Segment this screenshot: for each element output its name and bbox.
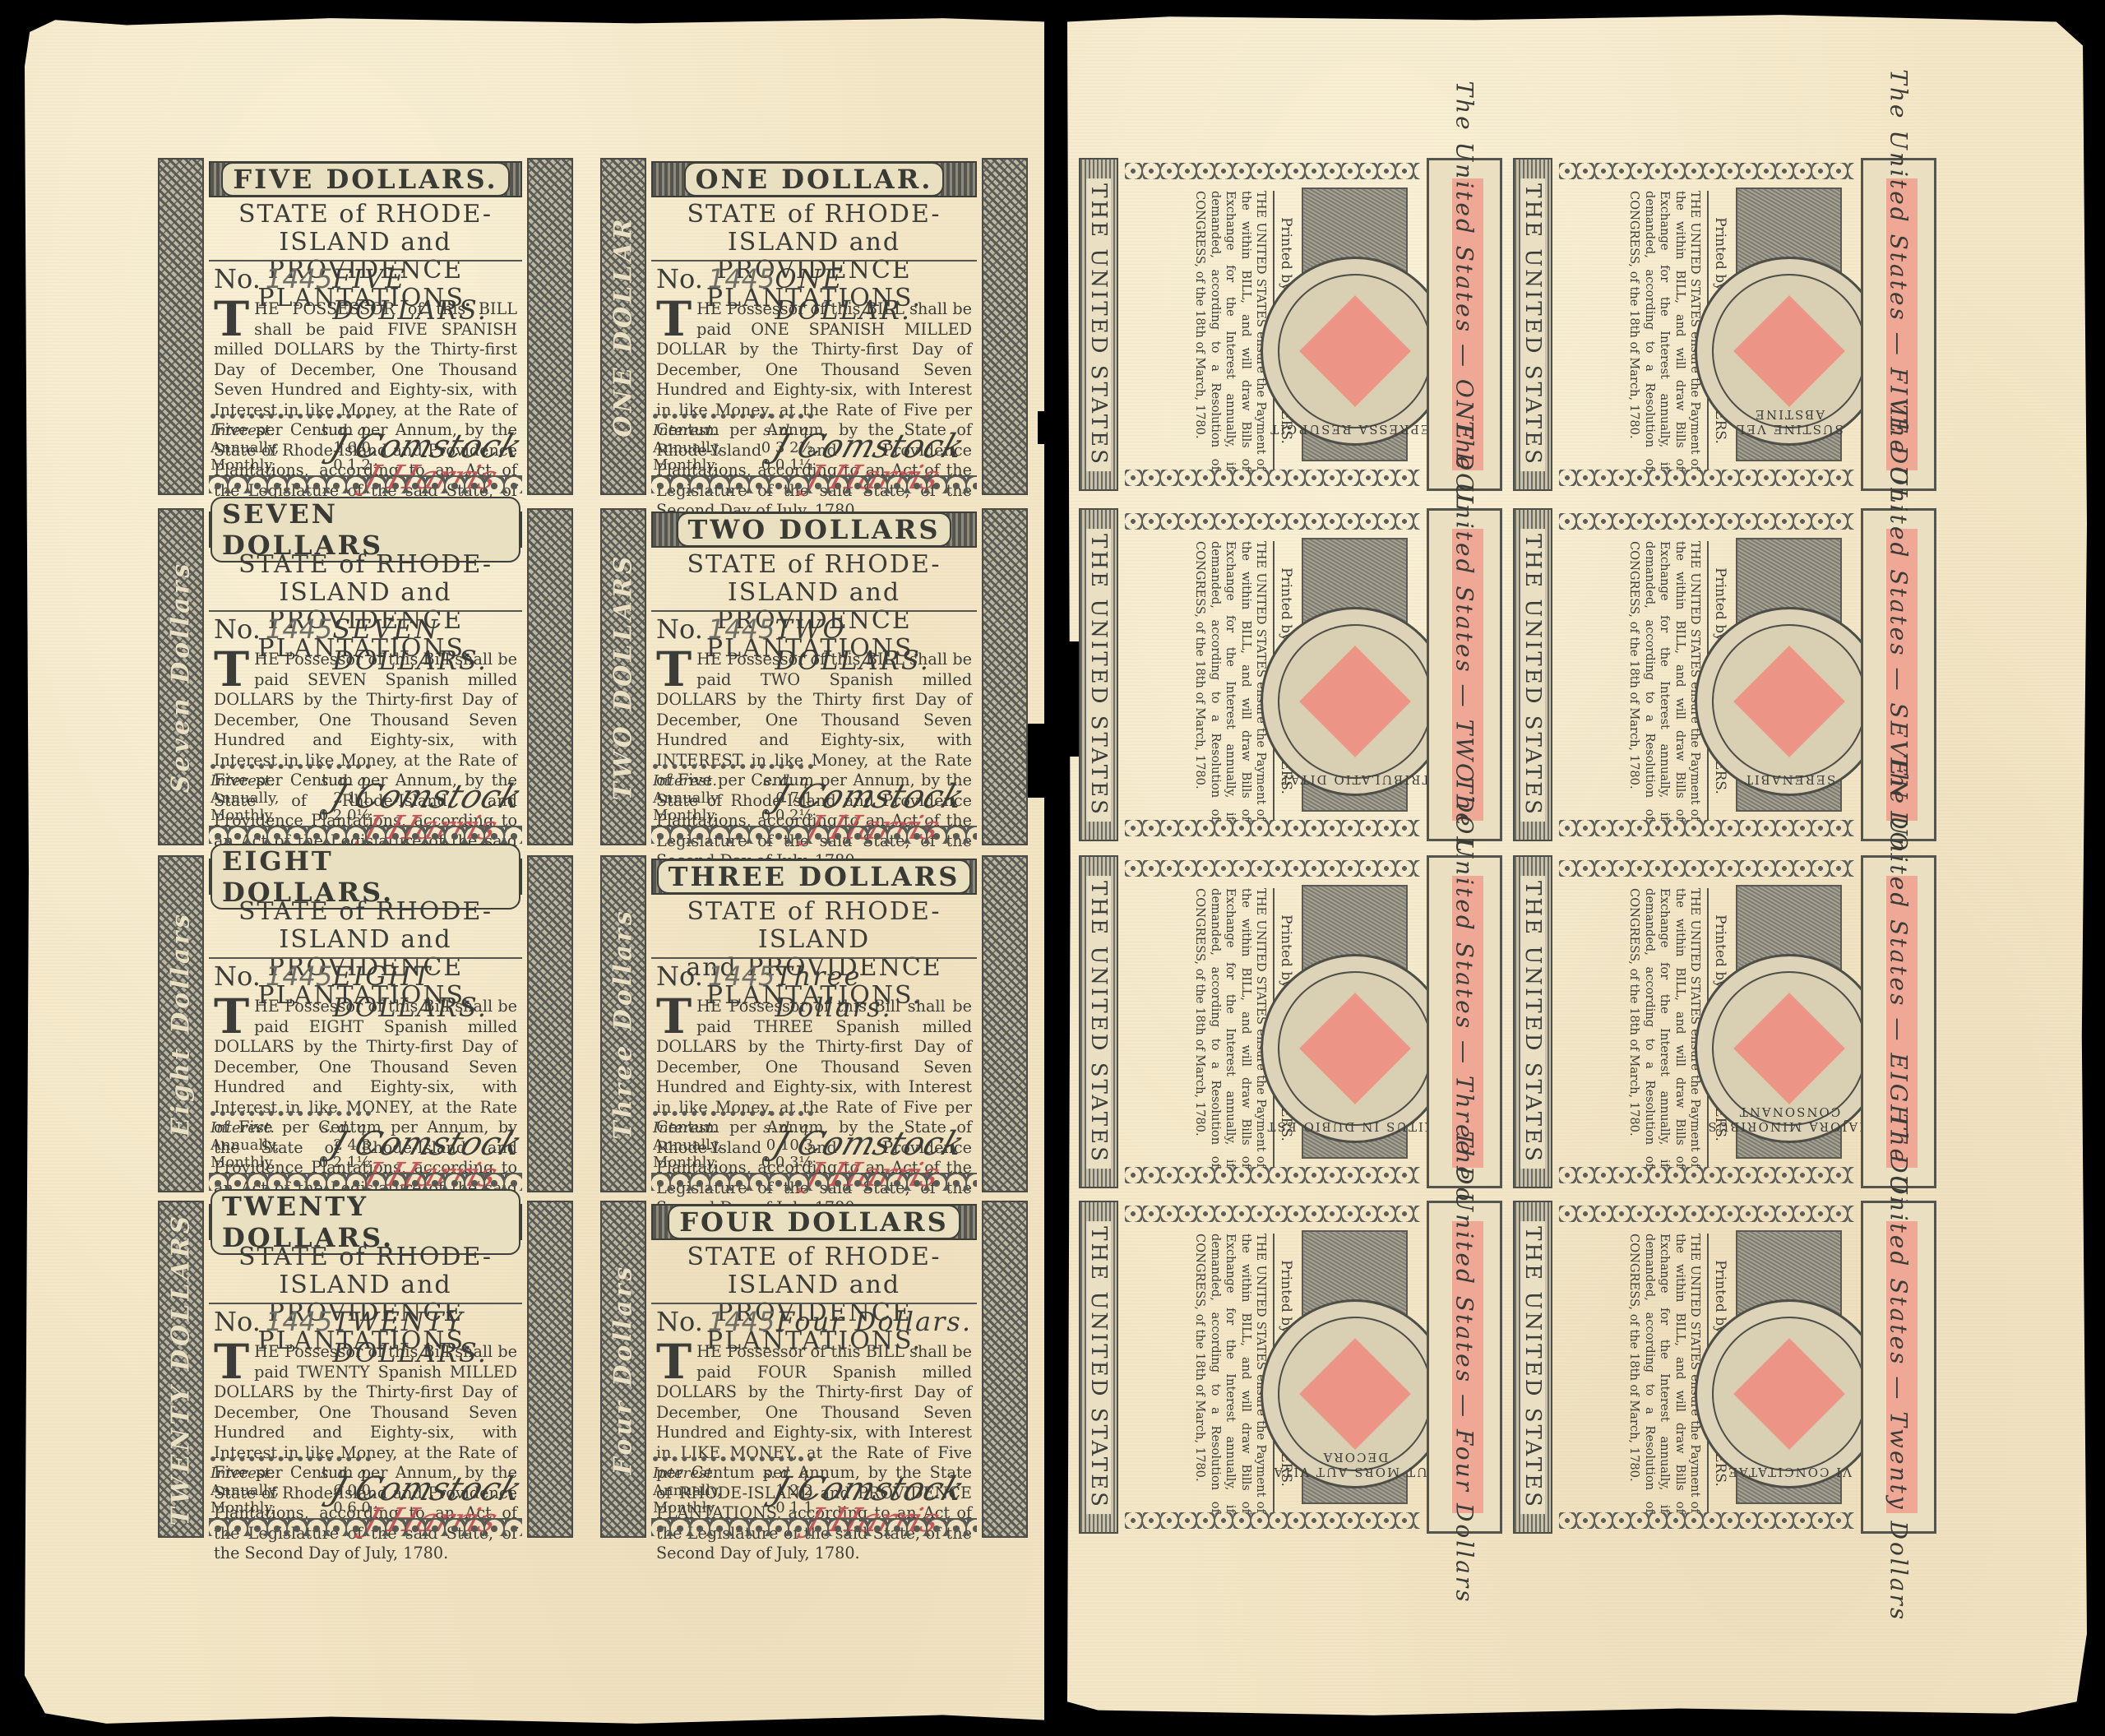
interest-table: Interest.s. d. q. Annually,6 0 0 Monthly… [210,1456,371,1516]
ornamental-border-bottom [1559,1512,1854,1529]
nature-print-engraving: DEPRESSA RESURGIT [1302,187,1408,461]
ornamental-side-border [982,508,1028,845]
ornamental-bottom-border [651,1173,977,1191]
interest-table: Interest.s. d. q. Annually,1 2 2 Monthly… [653,1456,813,1516]
strip-text: The United States — Four Dollars [1451,1131,1478,1604]
emblem-seal: MAJORA MINORIBUS CONSONANT [1695,954,1884,1143]
interest-header-units: s. d. q. [763,1465,813,1482]
nature-print-engraving: SERENABIT [1736,538,1842,812]
interest-header-row: Interest.s. d. q. [653,1119,813,1137]
currency-note-face: TWENTY DOLLARS TWENTY DOLLARS. STATE of … [158,1201,573,1538]
side-denomination-text: TWO DOLLARS [609,553,638,801]
guarantee-text: THE UNITED STATES ensure the Payment of … [1626,191,1703,470]
annual-label: Annually, [210,1137,280,1154]
divider [209,610,522,612]
seal-motto: AUT MORS AUT VITA DECORA [1263,1450,1447,1479]
interest-annual-row: Annually,2 4 3 [210,1137,371,1154]
interest-header-units: s. d. q. [763,1119,813,1137]
ornamental-bottom-border [209,826,522,844]
denomination-label: Four Dollars. [776,1306,972,1337]
red-seal-icon [1299,296,1411,408]
annual-label: Annually, [653,439,722,456]
interest-table: Interest.s. d. q. Annually,1 6 0 Monthly… [210,414,371,474]
interest-header-row: Interest.s. d. q. [210,422,371,439]
ornamental-side-border: TWO DOLLARS [600,508,646,845]
red-seal-icon [1299,993,1411,1105]
ornamental-border-bottom [1125,820,1420,836]
serial-label: No. [656,613,703,645]
currency-note-face: Four Dollars FOUR DOLLARS STATE of RHODE… [600,1201,1028,1538]
interest-header-units: s. d. q. [321,1465,371,1482]
annual-value: 2 4 3 [333,1137,371,1154]
interest-annual-row: Annually,0 3 2½ [653,439,813,456]
divider [209,957,522,959]
interest-header-label: Interest. [210,1465,275,1482]
monthly-label: Monthly, [210,1499,275,1516]
ornamental-side-border [158,158,204,495]
red-seal-icon [1733,296,1845,408]
currency-note-face: Three Dollars THREE DOLLARS STATE of RHO… [600,855,1028,1192]
side-strip-text: THE UNITED STATES [1086,1221,1111,1514]
monthly-value: 0 2 1½ [319,1154,371,1171]
serial-number: 1445 [708,961,775,992]
back-panel: Printed by HALL and SELLERS. THE UNITED … [1125,508,1420,841]
side-denomination-text: TWENTY DOLLARS [167,1213,196,1526]
ornamental-border-top [1125,1206,1420,1222]
issuer-line-1: STATE of RHODE-ISLAND [651,898,977,954]
interest-header-row: Interest.s. d. q. [653,422,813,439]
ornamental-border-bottom [1559,820,1854,836]
ornamental-side-border [982,855,1028,1192]
interest-header-label: Interest. [210,422,275,439]
interest-header-row: Interest.s. d. q. [210,772,371,789]
monthly-label: Monthly, [210,456,275,474]
seal-motto: DEPRESSA RESURGIT [1263,422,1447,437]
issuer-line-1: STATE of RHODE-ISLAND and [209,201,522,257]
guarantee-text: THE UNITED STATES ensure the Payment of … [1626,541,1703,821]
ornamental-side-border [527,158,573,495]
emblem-seal: DEPRESSA RESURGIT [1261,257,1450,446]
serial-label: No. [656,1306,703,1337]
currency-note-face: Eight Dollars EIGHT DOLLARS. STATE of RH… [158,855,573,1192]
denomination-title-band: FIVE DOLLARS. [209,161,522,197]
back-panel: Printed by HALL and SELLERS. THE UNITED … [1559,1201,1854,1534]
ornamental-side-border [527,508,573,845]
side-strip-text: THE UNITED STATES [1086,178,1111,471]
divider [651,1303,977,1304]
ornamental-side-border: Four Dollars [600,1201,646,1538]
ornamental-side-border: TWENTY DOLLARS [158,1201,204,1538]
interest-header-label: Interest. [653,772,717,789]
serial-row: No.1445 TWO DOLLARS. [656,613,972,646]
ornamental-bottom-border [651,1518,977,1536]
interest-header-units: s. d. q. [321,422,371,439]
interest-table: Interest.s. d. q. Annually,2 4 3 Monthly… [210,1111,371,1171]
issuer-line-1: STATE of RHODE-ISLAND and [651,1243,977,1299]
issuer-line-1: STATE of RHODE-ISLAND and [209,898,522,954]
serial-number: 1445 [708,1306,775,1337]
currency-note-face: TWO DOLLARS TWO DOLLARS STATE of RHODE-I… [600,508,1028,845]
currency-note-back: THE UNITED STATES Printed by HALL and SE… [1079,1201,1502,1534]
currency-note-face: Seven Dollars SEVEN DOLLARS STATE of RHO… [158,508,573,845]
annual-label: Annually, [210,1482,280,1499]
monthly-label: Monthly, [653,1154,718,1171]
nature-print-engraving: AUT MORS AUT VITA DECORA [1302,1230,1408,1504]
interest-annual-row: Annually,1 2 2 [653,1482,813,1499]
serial-label: No. [214,263,261,294]
ornamental-border-top [1559,1206,1854,1222]
denomination-title-band: ONE DOLLAR. [651,161,977,197]
interest-table: Interest.s. d. q. Annually,2 1 1 Monthly… [210,764,371,824]
ornamental-border-bottom [1125,1512,1420,1529]
annual-value: 0 3 2½ [761,439,813,456]
nature-print-engraving: TRIBULATIO DITAT [1302,538,1408,812]
red-seal-icon [1733,1339,1845,1451]
guarantee-text: THE UNITED STATES ensure the Payment of … [1192,191,1269,470]
currency-note-back: THE UNITED STATES Printed by HALL and SE… [1079,158,1502,491]
currency-note-back: THE UNITED STATES Printed by HALL and SE… [1513,158,1936,491]
serial-block: No.1445 [656,613,775,645]
ornamental-border-top [1559,860,1854,877]
back-panel: Printed by HALL and SELLERS. THE UNITED … [1125,855,1420,1188]
ornamental-bottom-border [651,475,977,493]
interest-annual-row: Annually,6 0 0 [210,1482,371,1499]
monthly-value: 0 1 2 [333,456,371,474]
issuer-line-1: STATE of RHODE-ISLAND and [209,551,522,607]
red-seal-icon [1733,993,1845,1105]
emblem-seal: TRIBULATIO DITAT [1261,607,1450,796]
currency-note-back: THE UNITED STATES Printed by HALL and SE… [1513,1201,1936,1534]
side-denomination-text: Four Dollars [609,1264,638,1475]
monthly-value: 0 0 3½ [761,1154,813,1171]
serial-block: No.1445 [656,1306,775,1337]
emblem-seal: EXITUS IN DUBIO EST [1261,954,1450,1143]
ornamental-border-bottom [1125,1167,1420,1183]
side-denomination-text: Three Dollars [609,908,638,1140]
annual-label: Annually, [210,789,280,807]
nature-print-engraving: EXITUS IN DUBIO EST [1302,885,1408,1159]
serial-number: 1445 [266,961,332,992]
red-seal-icon [1733,646,1845,758]
annual-label: Annually, [210,439,280,456]
denomination-title-band: EIGHT DOLLARS. [209,859,522,895]
red-denomination-strip: The United States — Twenty Dollars [1861,1201,1936,1534]
denomination-title-band: THREE DOLLARS [651,859,977,895]
denomination-title-band: TWO DOLLARS [651,512,977,548]
currency-note-face: FIVE DOLLARS. STATE of RHODE-ISLAND and … [158,158,573,495]
serial-label: No. [656,961,703,992]
ornamental-side-border [527,1201,573,1538]
serial-block: No.1445 [214,263,332,294]
interest-header-row: Interest.s. d. q. [210,1465,371,1482]
interest-annual-row: Annually,0 7 1 [653,789,813,807]
ornamental-border-top [1125,163,1420,179]
ornamental-border-bottom [1125,470,1420,486]
ornamental-border-bottom [1559,470,1854,486]
serial-label: No. [656,263,703,294]
interest-annual-row: Annually,0 10 3 [653,1137,813,1154]
seal-motto: SUSTINE VEL ABSTINE [1697,407,1881,437]
united-states-side-strip: THE UNITED STATES [1513,508,1552,841]
annual-value: 6 0 0 [333,1482,371,1499]
annual-value: 0 10 3 [766,1137,813,1154]
interest-monthly-row: Monthly,0 0 3½ [653,1154,813,1171]
interest-header-units: s. d. q. [321,772,371,789]
interest-table: Interest.s. d. q. Annually,0 10 3 Monthl… [653,1111,813,1171]
emblem-seal: SUSTINE VEL ABSTINE [1695,257,1884,446]
guarantee-text: THE UNITED STATES ensure the Payment of … [1626,888,1703,1168]
interest-header-row: Interest.s. d. q. [653,772,813,789]
serial-number: 1445 [266,1306,332,1337]
monthly-value: 0 0 1¼ [761,456,813,474]
seal-motto: SERENABIT [1697,772,1881,787]
interest-table: Interest.s. d. q. Annually,0 3 2½ Monthl… [653,414,813,474]
guarantee-text: THE UNITED STATES ensure the Payment of … [1192,1234,1269,1513]
seal-motto: TRIBULATIO DITAT [1263,772,1447,787]
serial-block: No.1445 [656,263,775,294]
monthly-value: 0 1 1 [775,1499,813,1516]
annual-label: Annually, [653,789,722,807]
serial-number: 1445 [266,613,332,645]
currency-note-back: THE UNITED STATES Printed by HALL and SE… [1079,508,1502,841]
currency-note-back: THE UNITED STATES Printed by HALL and SE… [1079,855,1502,1188]
ornamental-side-border: Three Dollars [600,855,646,1192]
serial-block: No.1445 [214,961,332,992]
guarantee-text: THE UNITED STATES ensure the Payment of … [1192,541,1269,821]
denomination-title-band: SEVEN DOLLARS [209,512,522,548]
united-states-side-strip: THE UNITED STATES [1079,508,1118,841]
denomination-title: FOUR DOLLARS [668,1205,960,1239]
currency-note-back: THE UNITED STATES Printed by HALL and SE… [1513,508,1936,841]
serial-block: No.1445 [656,961,775,992]
side-denomination-text: Eight Dollars [167,911,196,1137]
back-panel: Printed by HALL and SELLERS. THE UNITED … [1559,158,1854,491]
divider [651,957,977,959]
ornamental-bottom-border [209,475,522,493]
denomination-title-band: TWENTY DOLLARS. [209,1204,522,1240]
nature-print-engraving: VI CONCITATAE [1736,1230,1842,1504]
currency-note-face: ONE DOLLAR ONE DOLLAR. STATE of RHODE-IS… [600,158,1028,495]
united-states-side-strip: THE UNITED STATES [1079,1201,1118,1534]
serial-row: No.1445 EIGHT DOLLARS. [214,961,517,993]
serial-label: No. [214,613,261,645]
side-strip-text: THE UNITED STATES [1520,1221,1545,1514]
divider [209,1303,522,1304]
monthly-label: Monthly, [653,807,718,824]
monthly-value: 0 6 0 [333,1499,371,1516]
ornamental-border-bottom [1559,1167,1854,1183]
annual-value: 0 7 1 [775,789,813,807]
serial-number: 1445 [708,613,775,645]
interest-header-label: Interest. [653,422,717,439]
interest-monthly-row: Monthly,0 1 1 [653,1499,813,1516]
interest-header-units: s. d. q. [321,1119,371,1137]
monthly-label: Monthly, [653,456,718,474]
interest-annual-row: Annually,2 1 1 [210,789,371,807]
ornamental-border-top [1125,860,1420,877]
united-states-side-strip: THE UNITED STATES [1079,158,1118,491]
ornamental-side-border [982,158,1028,495]
interest-header-label: Interest. [653,1465,717,1482]
united-states-side-strip: THE UNITED STATES [1513,855,1552,1188]
side-denomination-text: Seven Dollars [167,561,196,793]
side-strip-text: THE UNITED STATES [1520,529,1545,822]
interest-header-label: Interest. [210,1119,275,1137]
interest-monthly-row: Monthly,0 6 0 [210,1499,371,1516]
divider [651,610,977,612]
serial-row: No.1445 SEVEN DOLLARS. [214,613,517,646]
ornamental-side-border [982,1201,1028,1538]
tear-notch [1038,411,1069,444]
guarantee-text: THE UNITED STATES ensure the Payment of … [1626,1234,1703,1513]
serial-block: No.1445 [214,1306,332,1337]
interest-header-label: Interest. [653,1119,717,1137]
emblem-seal: AUT MORS AUT VITA DECORA [1261,1299,1450,1488]
monthly-value: 0 0 2½ [761,807,813,824]
interest-monthly-row: Monthly,0 0 2½ [653,807,813,824]
interest-header-row: Interest.s. d. q. [653,1465,813,1482]
serial-label: No. [214,961,261,992]
strip-text: The United States — Twenty Dollars [1885,1113,1913,1621]
serial-row: No.1445 Three Dollars. [656,961,972,993]
serial-row: No.1445 ONE DOLLAR. [656,263,972,296]
back-panel: Printed by HALL and SELLERS. THE UNITED … [1559,508,1854,841]
issuer-line-1: STATE of RHODE-ISLAND and [651,551,977,607]
interest-header-units: s. d. q. [763,772,813,789]
ornamental-border-top [1559,513,1854,530]
annual-label: Annually, [653,1137,722,1154]
annual-value: 1 2 2 [775,1482,813,1499]
united-states-side-strip: THE UNITED STATES [1079,855,1118,1188]
interest-monthly-row: Monthly,0 2 1½ [210,1154,371,1171]
interest-monthly-row: Monthly,0 1 2 [210,456,371,474]
denomination-title-band: FOUR DOLLARS [651,1204,977,1240]
monthly-label: Monthly, [653,1499,718,1516]
serial-number: 1445 [266,263,332,294]
divider [651,260,977,262]
ornamental-bottom-border [209,1518,522,1536]
ornamental-border-top [1125,513,1420,530]
interest-monthly-row: Monthly,0 0 1¼ [653,456,813,474]
side-strip-text: THE UNITED STATES [1086,529,1111,822]
side-strip-text: THE UNITED STATES [1086,876,1111,1169]
ornamental-side-border: Seven Dollars [158,508,204,845]
ornamental-side-border: Eight Dollars [158,855,204,1192]
ornamental-side-border [527,855,573,1192]
currency-note-back: THE UNITED STATES Printed by HALL and SE… [1513,855,1936,1188]
ornamental-border-top [1559,163,1854,179]
annual-label: Annually, [653,1482,722,1499]
annual-value: 2 1 1 [333,789,371,807]
denomination-title: THREE DOLLARS [657,859,972,894]
seal-motto: VI CONCITATAE [1697,1465,1881,1479]
red-seal-icon [1299,646,1411,758]
united-states-side-strip: THE UNITED STATES [1513,158,1552,491]
interest-header-label: Interest. [210,772,275,789]
emblem-seal: VI CONCITATAE [1695,1299,1884,1488]
monthly-label: Monthly, [210,807,275,824]
serial-row: No.1445 TWENTY DOLLARS. [214,1306,517,1339]
ornamental-bottom-border [209,1173,522,1191]
denomination-title: ONE DOLLAR. [684,162,945,197]
side-denomination-text: ONE DOLLAR [609,215,638,437]
annual-value: 1 6 0 [333,439,371,456]
ornamental-bottom-border [651,826,977,844]
denomination-title: TWO DOLLARS [677,512,952,547]
red-seal-icon [1299,1339,1411,1451]
guarantee-text: THE UNITED STATES ensure the Payment of … [1192,888,1269,1168]
back-panel: Printed by HALL and SELLERS. THE UNITED … [1559,855,1854,1188]
interest-header-units: s. d. q. [763,422,813,439]
tear-notch [1021,724,1069,798]
interest-annual-row: Annually,1 6 0 [210,439,371,456]
emblem-seal: SERENABIT [1695,607,1884,796]
interest-header-row: Interest.s. d. q. [210,1119,371,1137]
red-denomination-strip: The United States — Four Dollars [1427,1201,1502,1534]
denomination-title: FIVE DOLLARS. [221,162,509,197]
united-states-side-strip: THE UNITED STATES [1513,1201,1552,1534]
side-strip-text: THE UNITED STATES [1520,876,1545,1169]
serial-label: No. [214,1306,261,1337]
serial-row: No.1445 FIVE DOLLARS. [214,263,517,296]
issuer-line-1: STATE of RHODE-ISLAND and [209,1243,522,1299]
ornamental-side-border: ONE DOLLAR [600,158,646,495]
issuer-line-1: STATE of RHODE-ISLAND and [651,201,977,257]
back-panel: Printed by HALL and SELLERS. THE UNITED … [1125,158,1420,491]
monthly-value: 0 2 0½ [319,807,371,824]
nature-print-engraving: SUSTINE VEL ABSTINE [1736,187,1842,461]
serial-block: No.1445 [214,613,332,645]
back-panel: Printed by HALL and SELLERS. THE UNITED … [1125,1201,1420,1534]
divider [209,260,522,262]
seal-motto: MAJORA MINORIBUS CONSONANT [1697,1104,1881,1134]
monthly-label: Monthly, [210,1154,275,1171]
interest-table: Interest.s. d. q. Annually,0 7 1 Monthly… [653,764,813,824]
serial-number: 1445 [708,263,775,294]
serial-row: No.1445 Four Dollars. [656,1306,972,1339]
seal-motto: EXITUS IN DUBIO EST [1263,1119,1447,1134]
side-strip-text: THE UNITED STATES [1520,178,1545,471]
interest-monthly-row: Monthly,0 2 0½ [210,807,371,824]
nature-print-engraving: MAJORA MINORIBUS CONSONANT [1736,885,1842,1159]
